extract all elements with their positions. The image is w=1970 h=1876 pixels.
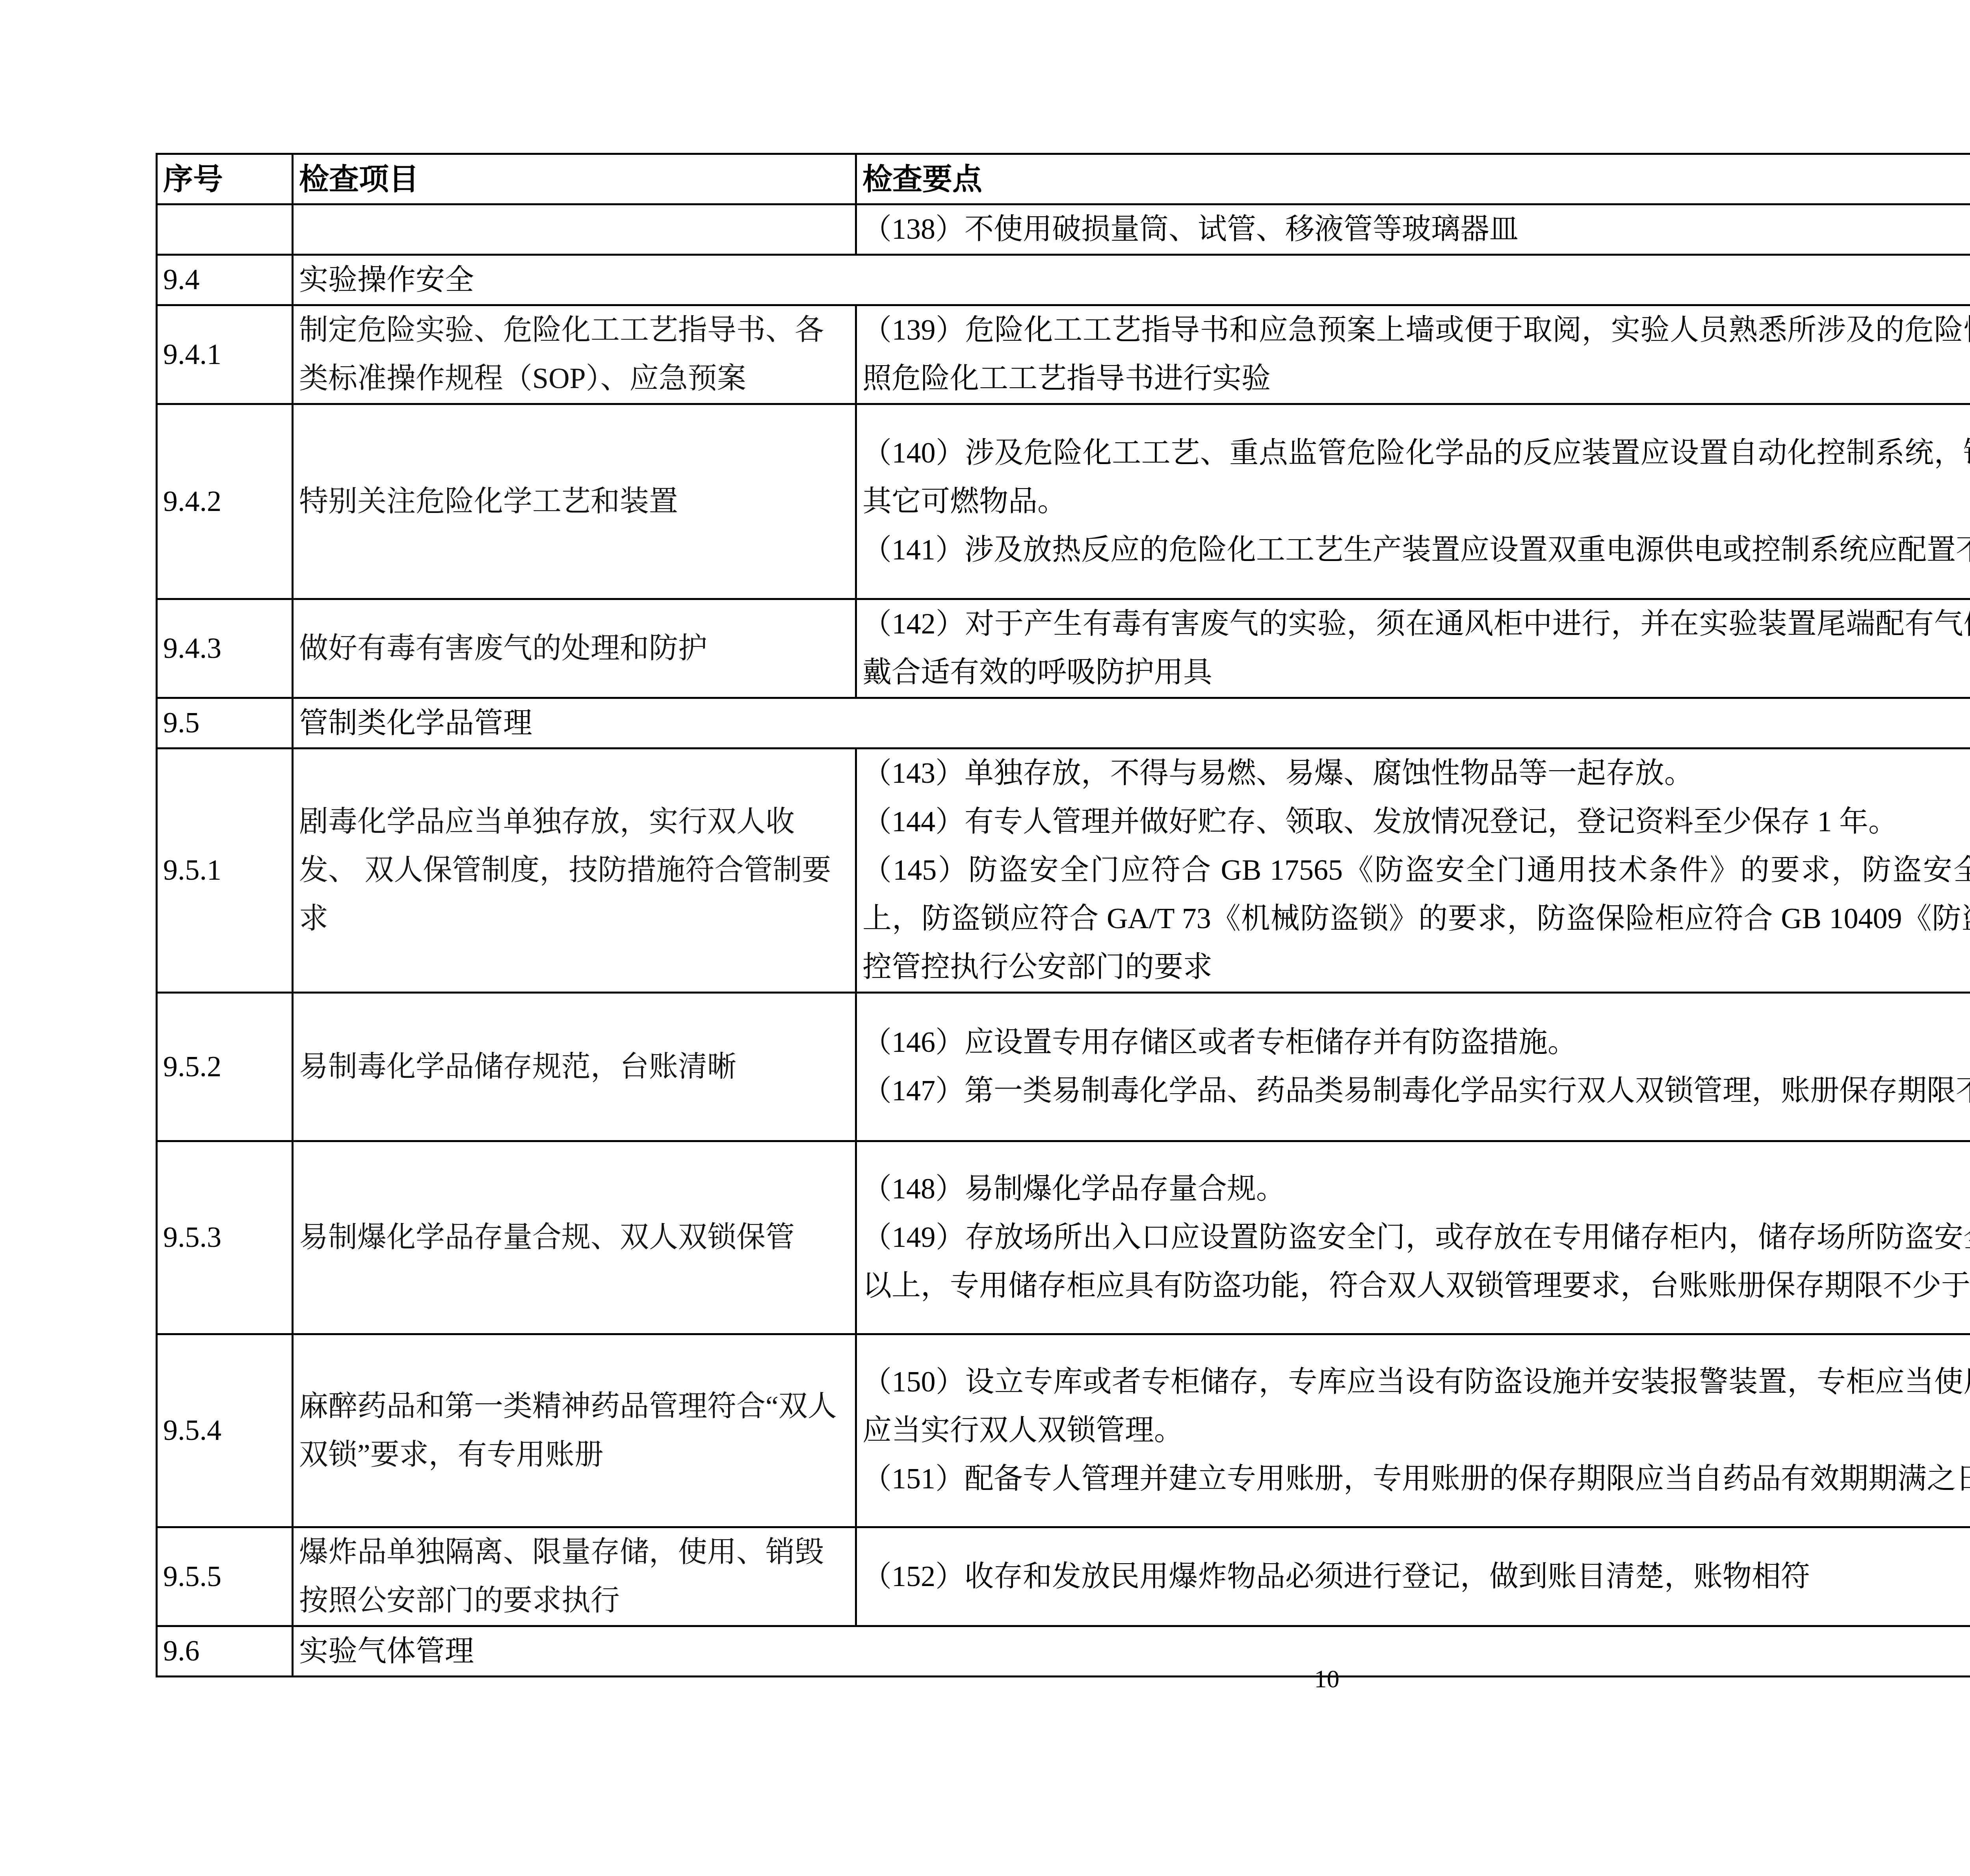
check-item: 制定危险实验、危险化工工艺指导书、各类标准操作规程（SOP）、应急预案 [293, 305, 856, 404]
check-points: （146）应设置专用存储区或者专柜储存并有防盗措施。（147）第一类易制毒化学品… [856, 993, 1970, 1141]
page-number: 10 [0, 1664, 1970, 1694]
check-point: （149）存放场所出入口应设置防盗安全门，或存放在专用储存柜内，储存场所防盗安全… [862, 1213, 1970, 1310]
item-number: 9.4.2 [157, 404, 293, 599]
table-body: （138）不使用破损量筒、试管、移液管等玻璃器皿9.4实验操作安全9.4.1制定… [157, 204, 1970, 1677]
check-points: （143）单独存放，不得与易燃、易爆、腐蚀性物品等一起存放。（144）有专人管理… [856, 749, 1970, 993]
section-title: 实验操作安全 [293, 255, 1970, 305]
item-number: 9.5.4 [157, 1334, 293, 1527]
table-row: 9.5.3易制爆化学品存量合规、双人双锁保管（148）易制爆化学品存量合规。（1… [157, 1141, 1970, 1334]
check-point: （146）应设置专用存储区或者专柜储存并有防盗措施。 [862, 1018, 1970, 1067]
item-number [157, 204, 293, 255]
check-point: （150）设立专库或者专柜储存，专库应当设有防盗设施并安装报警装置，专柜应当使用… [862, 1358, 1970, 1455]
check-points: （148）易制爆化学品存量合规。（149）存放场所出入口应设置防盗安全门，或存放… [856, 1141, 1970, 1334]
check-item: 剧毒化学品应当单独存放，实行双人收发、 双人保管制度，技防措施符合管制要求 [293, 749, 856, 993]
check-point: （142）对于产生有毒有害废气的实验，须在通风柜中进行，并在实验装置尾端配有气体… [862, 600, 1970, 697]
check-points: （138）不使用破损量筒、试管、移液管等玻璃器皿 [856, 204, 1970, 255]
table-row: 9.5.4麻醉药品和第一类精神药品管理符合“双人双锁”要求，有专用账册（150）… [157, 1334, 1970, 1527]
check-point: （152）收存和发放民用爆炸物品必须进行登记，做到账目清楚，账物相符 [862, 1553, 1970, 1601]
check-item: 易制爆化学品存量合规、双人双锁保管 [293, 1141, 856, 1334]
check-point: （151）配备专人管理并建立专用账册，专用账册的保存期限应当自药品有效期期满之日… [862, 1455, 1970, 1503]
item-number: 9.5.2 [157, 993, 293, 1141]
check-point: （147）第一类易制毒化学品、药品类易制毒化学品实行双人双锁管理，账册保存期限不… [862, 1067, 1970, 1115]
item-number: 9.5.5 [157, 1527, 293, 1626]
check-item [293, 204, 856, 255]
check-point: （143）单独存放，不得与易燃、易爆、腐蚀性物品等一起存放。 [862, 749, 1970, 798]
header-check-points: 检查要点 [856, 154, 1970, 204]
section-title: 管制类化学品管理 [293, 698, 1970, 749]
inspection-table: 序号 检查项目 检查要点 情况记录 （138）不使用破损量筒、试管、移液管等玻璃… [156, 153, 1970, 1677]
check-point: （148）易制爆化学品存量合规。 [862, 1165, 1970, 1213]
check-point: （139）危险化工工艺指导书和应急预案上墙或便于取阅，实验人员熟悉所涉及的危险性… [862, 306, 1970, 403]
check-item: 特别关注危险化学工艺和装置 [293, 404, 856, 599]
table-row: 9.5.2易制毒化学品储存规范，台账清晰（146）应设置专用存储区或者专柜储存并… [157, 993, 1970, 1141]
table-row: 9.4.2特别关注危险化学工艺和装置（140）涉及危险化工工艺、重点监管危险化学… [157, 404, 1970, 599]
check-item: 麻醉药品和第一类精神药品管理符合“双人双锁”要求，有专用账册 [293, 1334, 856, 1527]
item-number: 9.4.3 [157, 599, 293, 698]
item-number: 9.5.1 [157, 749, 293, 993]
check-point: （138）不使用破损量筒、试管、移液管等玻璃器皿 [862, 205, 1970, 254]
section-number: 9.5 [157, 698, 293, 749]
check-point: （145）防盗安全门应符合 GB 17565《防盗安全门通用技术条件》的要求，防… [862, 846, 1970, 992]
check-point: （144）有专人管理并做好贮存、领取、发放情况登记，登记资料至少保存 1 年。 [862, 798, 1970, 846]
table-row: 9.5.5爆炸品单独隔离、限量存储，使用、销毁按照公安部门的要求执行（152）收… [157, 1527, 1970, 1626]
table-header-row: 序号 检查项目 检查要点 情况记录 [157, 154, 1970, 204]
section-row: 9.5管制类化学品管理 [157, 698, 1970, 749]
table-row: 9.5.1剧毒化学品应当单独存放，实行双人收发、 双人保管制度，技防措施符合管制… [157, 749, 1970, 993]
section-number: 9.4 [157, 255, 293, 305]
item-number: 9.5.3 [157, 1141, 293, 1334]
section-row: 9.4实验操作安全 [157, 255, 1970, 305]
check-point: （141）涉及放热反应的危险化工工艺生产装置应设置双重电源供电或控制系统应配置不… [862, 526, 1970, 574]
check-points: （140）涉及危险化工工艺、重点监管危险化学品的反应装置应设置自动化控制系统，锂… [856, 404, 1970, 599]
table-row: （138）不使用破损量筒、试管、移液管等玻璃器皿 [157, 204, 1970, 255]
check-points: （150）设立专库或者专柜储存，专库应当设有防盗设施并安装报警装置，专柜应当使用… [856, 1334, 1970, 1527]
header-serial-no: 序号 [157, 154, 293, 204]
check-item: 易制毒化学品储存规范，台账清晰 [293, 993, 856, 1141]
check-item: 做好有毒有害废气的处理和防护 [293, 599, 856, 698]
item-number: 9.4.1 [157, 305, 293, 404]
check-point: （140）涉及危险化工工艺、重点监管危险化学品的反应装置应设置自动化控制系统，锂… [862, 429, 1970, 526]
check-item: 爆炸品单独隔离、限量存储，使用、销毁按照公安部门的要求执行 [293, 1527, 856, 1626]
document-page: 序号 检查项目 检查要点 情况记录 （138）不使用破损量筒、试管、移液管等玻璃… [0, 0, 1970, 1876]
table-row: 9.4.1制定危险实验、危险化工工艺指导书、各类标准操作规程（SOP）、应急预案… [157, 305, 1970, 404]
check-points: （139）危险化工工艺指导书和应急预案上墙或便于取阅，实验人员熟悉所涉及的危险性… [856, 305, 1970, 404]
table-row: 9.4.3做好有毒有害废气的处理和防护（142）对于产生有毒有害废气的实验，须在… [157, 599, 1970, 698]
check-points: （152）收存和发放民用爆炸物品必须进行登记，做到账目清楚，账物相符 [856, 1527, 1970, 1626]
check-points: （142）对于产生有毒有害废气的实验，须在通风柜中进行，并在实验装置尾端配有气体… [856, 599, 1970, 698]
header-check-item: 检查项目 [293, 154, 856, 204]
